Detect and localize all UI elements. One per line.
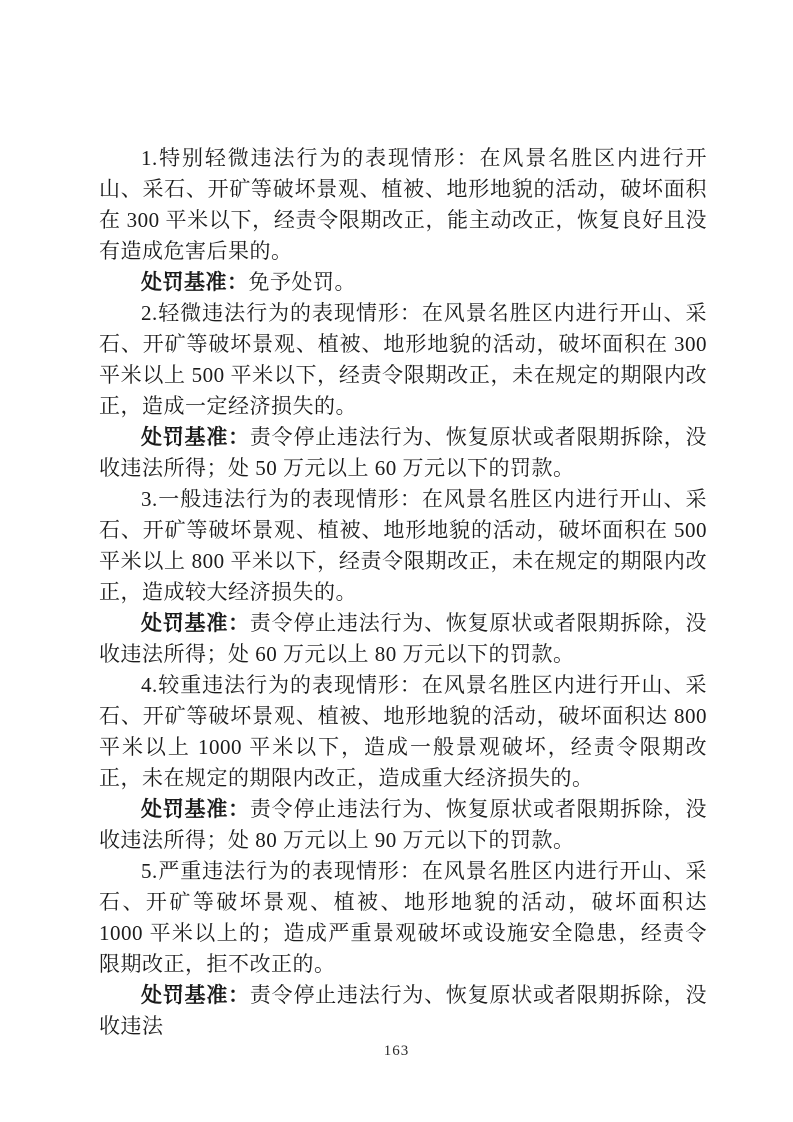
penalty-basis-text: 免予处罚。 [249, 270, 357, 294]
paragraph-penalty-basis-4: 处罚基准：责令停止违法行为、恢复原状或者限期拆除，没收违法所得；处 80 万元以… [99, 794, 707, 856]
paragraph-item-1: 1.特别轻微违法行为的表现情形：在风景名胜区内进行开山、采石、开矿等破坏景观、植… [99, 143, 707, 267]
paragraph-text: 4.较重违法行为的表现情形：在风景名胜区内进行开山、采石、开矿等破坏景观、植被、… [99, 673, 707, 790]
paragraph-text: 1.特别轻微违法行为的表现情形：在风景名胜区内进行开山、采石、开矿等破坏景观、植… [99, 146, 707, 263]
paragraph-item-2: 2.轻微违法行为的表现情形：在风景名胜区内进行开山、采石、开矿等破坏景观、植被、… [99, 298, 707, 422]
paragraph-item-3: 3.一般违法行为的表现情形：在风景名胜区内进行开山、采石、开矿等破坏景观、植被、… [99, 484, 707, 608]
penalty-basis-label: 处罚基准： [141, 611, 250, 635]
document-body: 1.特别轻微违法行为的表现情形：在风景名胜区内进行开山、采石、开矿等破坏景观、植… [99, 143, 707, 1042]
penalty-basis-label: 处罚基准： [141, 983, 250, 1007]
penalty-basis-label: 处罚基准： [141, 425, 250, 449]
paragraph-penalty-basis-2: 处罚基准：责令停止违法行为、恢复原状或者限期拆除，没收违法所得；处 50 万元以… [99, 422, 707, 484]
paragraph-penalty-basis-3: 处罚基准：责令停止违法行为、恢复原状或者限期拆除，没收违法所得；处 60 万元以… [99, 608, 707, 670]
paragraph-text: 5.严重违法行为的表现情形：在风景名胜区内进行开山、采石、开矿等破坏景观、植被、… [99, 859, 707, 976]
penalty-basis-label: 处罚基准： [141, 797, 250, 821]
paragraph-text: 3.一般违法行为的表现情形：在风景名胜区内进行开山、采石、开矿等破坏景观、植被、… [99, 487, 707, 604]
page-number: 163 [0, 1043, 793, 1060]
paragraph-item-4: 4.较重违法行为的表现情形：在风景名胜区内进行开山、采石、开矿等破坏景观、植被、… [99, 670, 707, 794]
paragraph-penalty-basis-5: 处罚基准：责令停止违法行为、恢复原状或者限期拆除，没收违法 [99, 980, 707, 1042]
paragraph-text: 2.轻微违法行为的表现情形：在风景名胜区内进行开山、采石、开矿等破坏景观、植被、… [99, 301, 707, 418]
document-page: 1.特别轻微违法行为的表现情形：在风景名胜区内进行开山、采石、开矿等破坏景观、植… [0, 0, 793, 1122]
paragraph-penalty-basis-1: 处罚基准：免予处罚。 [99, 267, 707, 298]
paragraph-item-5: 5.严重违法行为的表现情形：在风景名胜区内进行开山、采石、开矿等破坏景观、植被、… [99, 856, 707, 980]
penalty-basis-label: 处罚基准： [141, 270, 249, 294]
